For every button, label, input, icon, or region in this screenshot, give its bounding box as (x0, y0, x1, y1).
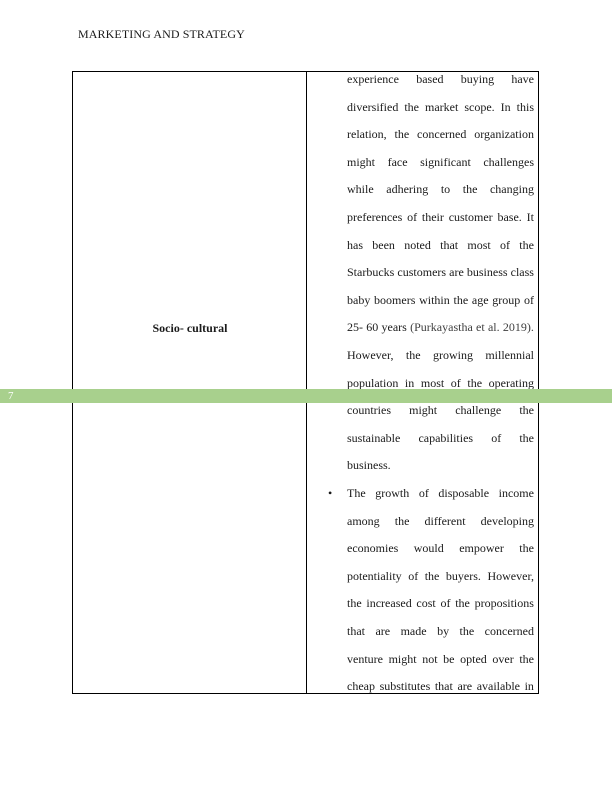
factor-column: Socio- cultural (73, 72, 307, 693)
text-line: hasbeennotedthatmostofthe (347, 238, 534, 266)
text-line: thataremadebytheconcerned (347, 624, 534, 652)
text-line: cheapsubstitutesthatareavailablein (347, 679, 534, 707)
paragraph-socio-cultural-impact: experiencebasedbuyinghavediversifiedthem… (347, 72, 534, 486)
text-line: mightfacesignificantchallenges (347, 155, 534, 183)
text-line: economieswouldempowerthe (347, 541, 534, 569)
text-line: venturemightnotbeoptedoverthe (347, 652, 534, 680)
pest-analysis-table: Socio- cultural experiencebasedbuyinghav… (72, 71, 539, 694)
text-line: babyboomerswithintheagegroupof (347, 293, 534, 321)
text-line: 25-60years(Purkayasthaetal.2019). (347, 320, 534, 348)
text-line: sustainablecapabilitiesofthe (347, 431, 534, 459)
text-line: However,thegrowingmillennial (347, 348, 534, 376)
factor-label: Socio- cultural (73, 321, 307, 336)
page-number: 7 (8, 389, 14, 403)
page-number-band (0, 389, 612, 403)
text-line: business. (347, 458, 534, 486)
text-line: whileadheringtothechanging (347, 182, 534, 210)
text-line: diversifiedthemarketscope.Inthis (347, 100, 534, 128)
text-line: countriesmightchallengethe (347, 403, 534, 431)
text-line: experiencebasedbuyinghave (347, 72, 534, 100)
text-line: theincreasedcostofthepropositions (347, 596, 534, 624)
running-header: MARKETING AND STRATEGY (78, 27, 245, 42)
bullet-icon: • (328, 486, 332, 500)
text-line: Thegrowthofdisposableincome (347, 486, 534, 514)
bullet-disposable-income: • Thegrowthofdisposableincomeamongthedif… (347, 486, 534, 707)
text-line: relation,theconcernedorganization (347, 127, 534, 155)
text-line: preferencesoftheircustomerbase.It (347, 210, 534, 238)
text-line: potentialityofthebuyers.However, (347, 569, 534, 597)
description-column: experiencebasedbuyinghavediversifiedthem… (307, 72, 540, 693)
text-line: amongthedifferentdeveloping (347, 514, 534, 542)
text-line: Starbuckscustomersarebusinessclass (347, 265, 534, 293)
